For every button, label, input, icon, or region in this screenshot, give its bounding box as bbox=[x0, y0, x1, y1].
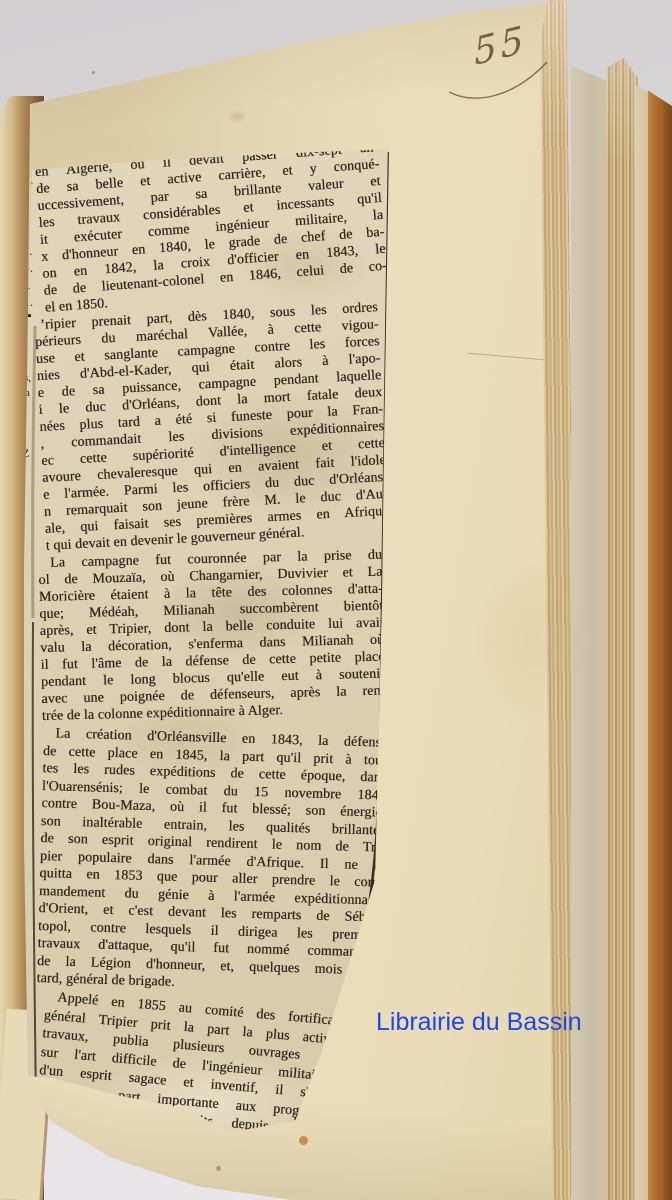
page-stack-sliver bbox=[635, 78, 650, 1200]
page-stain bbox=[216, 1166, 221, 1171]
clipping-paragraph: La création d'Orléansville en 1843, la d… bbox=[36, 725, 387, 997]
page-stain bbox=[299, 1136, 308, 1145]
clipping-paragraph: en Algérie, où il devait passer dix-sept… bbox=[34, 139, 388, 317]
book-cover-edge bbox=[648, 86, 672, 1200]
page-stack-edge bbox=[606, 58, 638, 1200]
photo-canvas: 55 →2.2.e.5.:.1.▬s,aZ en Algérie, où il … bbox=[0, 0, 672, 1200]
page-foxing bbox=[470, 560, 590, 720]
newspaper-clipping: →2.2.e.5.:.1.▬s,aZ en Algérie, où il dev… bbox=[22, 146, 394, 1134]
dust-speck bbox=[92, 71, 95, 74]
clipping-text-column: en Algérie, où il devait passer dix-sept… bbox=[40, 164, 384, 1136]
handwritten-page-number: 55 bbox=[443, 22, 559, 108]
watermark-text: Librairie du Bassin bbox=[376, 1008, 582, 1037]
clipping-paragraph: ’ripier prenait part, dès 1840, sous les… bbox=[34, 299, 390, 555]
clipping-paragraph: La campagne fut couronnée par la prise d… bbox=[38, 547, 386, 725]
page-stain bbox=[226, 110, 248, 123]
